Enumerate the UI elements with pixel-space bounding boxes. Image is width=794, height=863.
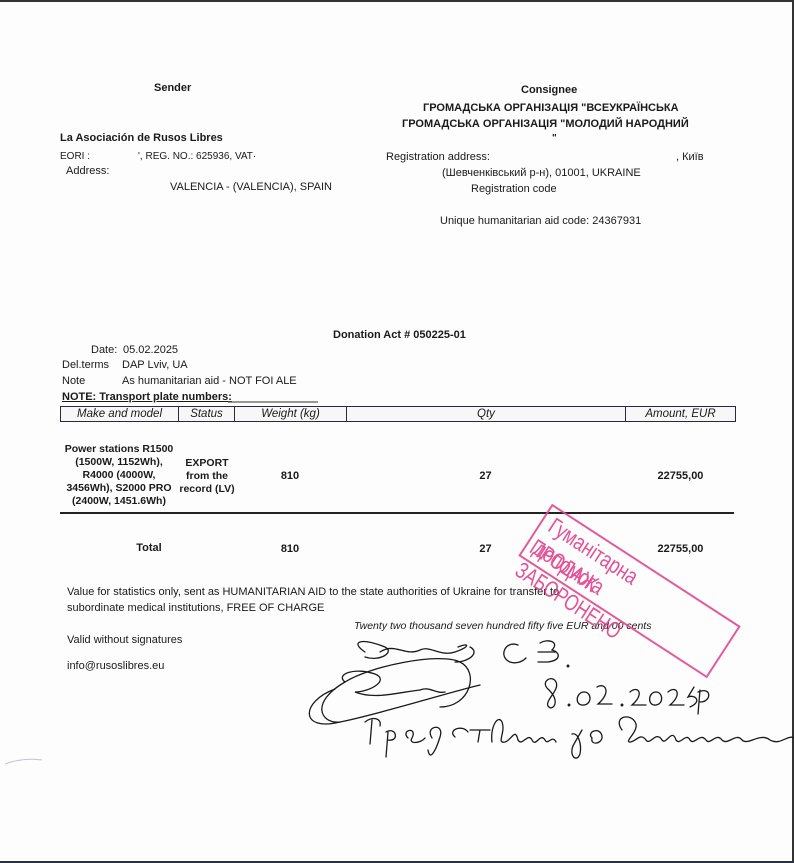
handwritten-signature-icon xyxy=(0,2,794,863)
document-page: Sender La Asociación de Rusos Libres EOR… xyxy=(0,0,794,863)
